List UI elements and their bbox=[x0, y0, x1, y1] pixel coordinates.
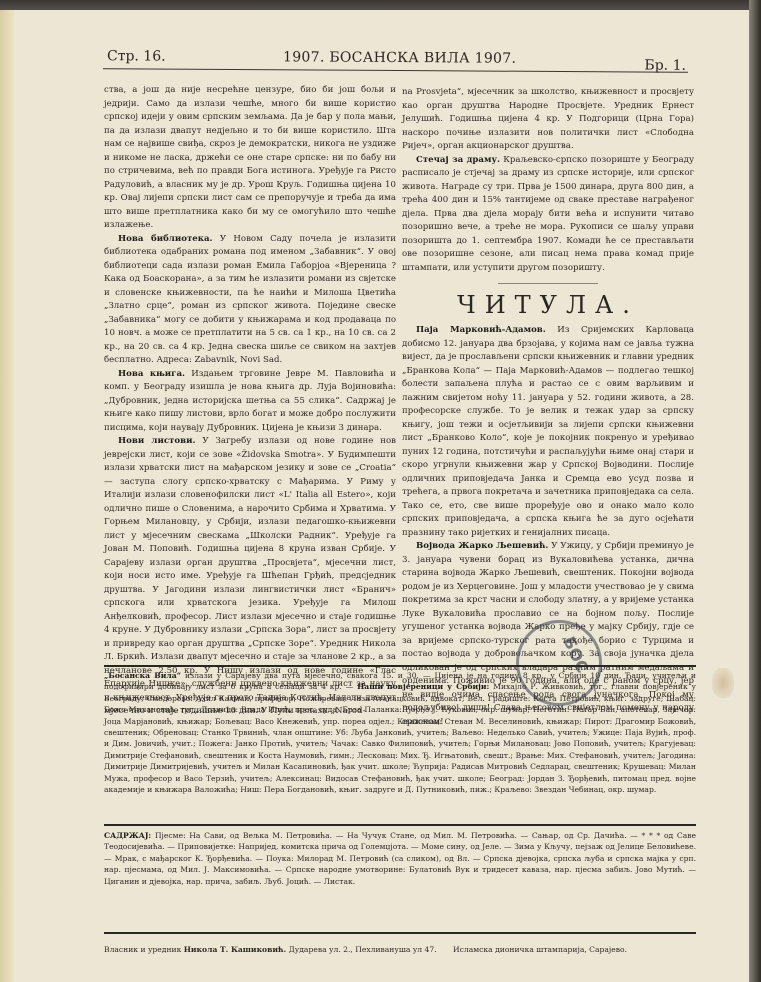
divider-rule bbox=[104, 932, 696, 934]
paragraph-drama-contest: Стечај за драму. Краљевско-српско позори… bbox=[402, 154, 694, 276]
section-heading: Стечај за драму. bbox=[416, 155, 500, 165]
paragraph-new-book: Нова књига. Издањем трговине Јеврe М. Па… bbox=[104, 368, 396, 436]
section-heading: Нова књига. bbox=[118, 369, 185, 379]
journal-name: „Босанска Вила“ bbox=[104, 671, 181, 680]
printer-name: Исламска дионичка штампарија, Сарајево. bbox=[453, 945, 627, 954]
section-heading: Нова библиотека. bbox=[118, 234, 213, 244]
paragraph-new-library: Нова библиотека. У Новом Саду почела је … bbox=[104, 233, 396, 368]
contents-box: САДРЖАЈ: Пјесме: На Сави, од Вељка М. Пе… bbox=[104, 830, 696, 887]
section-heading: Паја Марковић-Адамов. bbox=[416, 325, 546, 335]
paper-stain bbox=[712, 668, 734, 698]
issue-number: Бр. 1. bbox=[644, 58, 686, 74]
contents-heading: САДРЖАЈ: bbox=[104, 831, 151, 840]
paragraph-continuation: ства, а још да није несрећне цензуре, би… bbox=[104, 84, 396, 233]
subscription-box: „Босанска Вила“ излази у Сарајеву два пу… bbox=[104, 670, 696, 795]
obituary-heading: ЧИТУЛА. bbox=[402, 288, 694, 322]
owner-name: Никола Т. Кашиковић. bbox=[184, 945, 286, 954]
page-number: Стр. 16. bbox=[107, 48, 166, 64]
left-column: ства, а још да није несрећне цензуре, би… bbox=[104, 84, 396, 719]
book-binding-right bbox=[749, 0, 761, 982]
paragraph-obituary-markovic: Паја Марковић-Адамов. Из Сријемских Карл… bbox=[402, 324, 694, 540]
book-binding-left bbox=[0, 10, 15, 982]
section-heading: Нови листови. bbox=[118, 436, 195, 446]
agents-heading: Наши повјереници у Србији: bbox=[357, 682, 489, 691]
section-divider bbox=[498, 283, 598, 284]
divider-rule bbox=[104, 824, 696, 826]
imprint-footer: Власник и уредник Никола Т. Кашиковић. Д… bbox=[104, 945, 696, 954]
divider-rule bbox=[104, 665, 696, 667]
page-header: Стр. 16. 1907. БОСАНСКА ВИЛА 1907. Бр. 1… bbox=[103, 46, 688, 73]
section-heading: Војвода Жарко Љешевић. bbox=[416, 541, 548, 551]
paragraph-continuation: na Prosvjeta“, мјесечник за школство, књ… bbox=[402, 86, 694, 154]
journal-title: 1907. БОСАНСКА ВИЛА 1907. bbox=[283, 49, 516, 66]
